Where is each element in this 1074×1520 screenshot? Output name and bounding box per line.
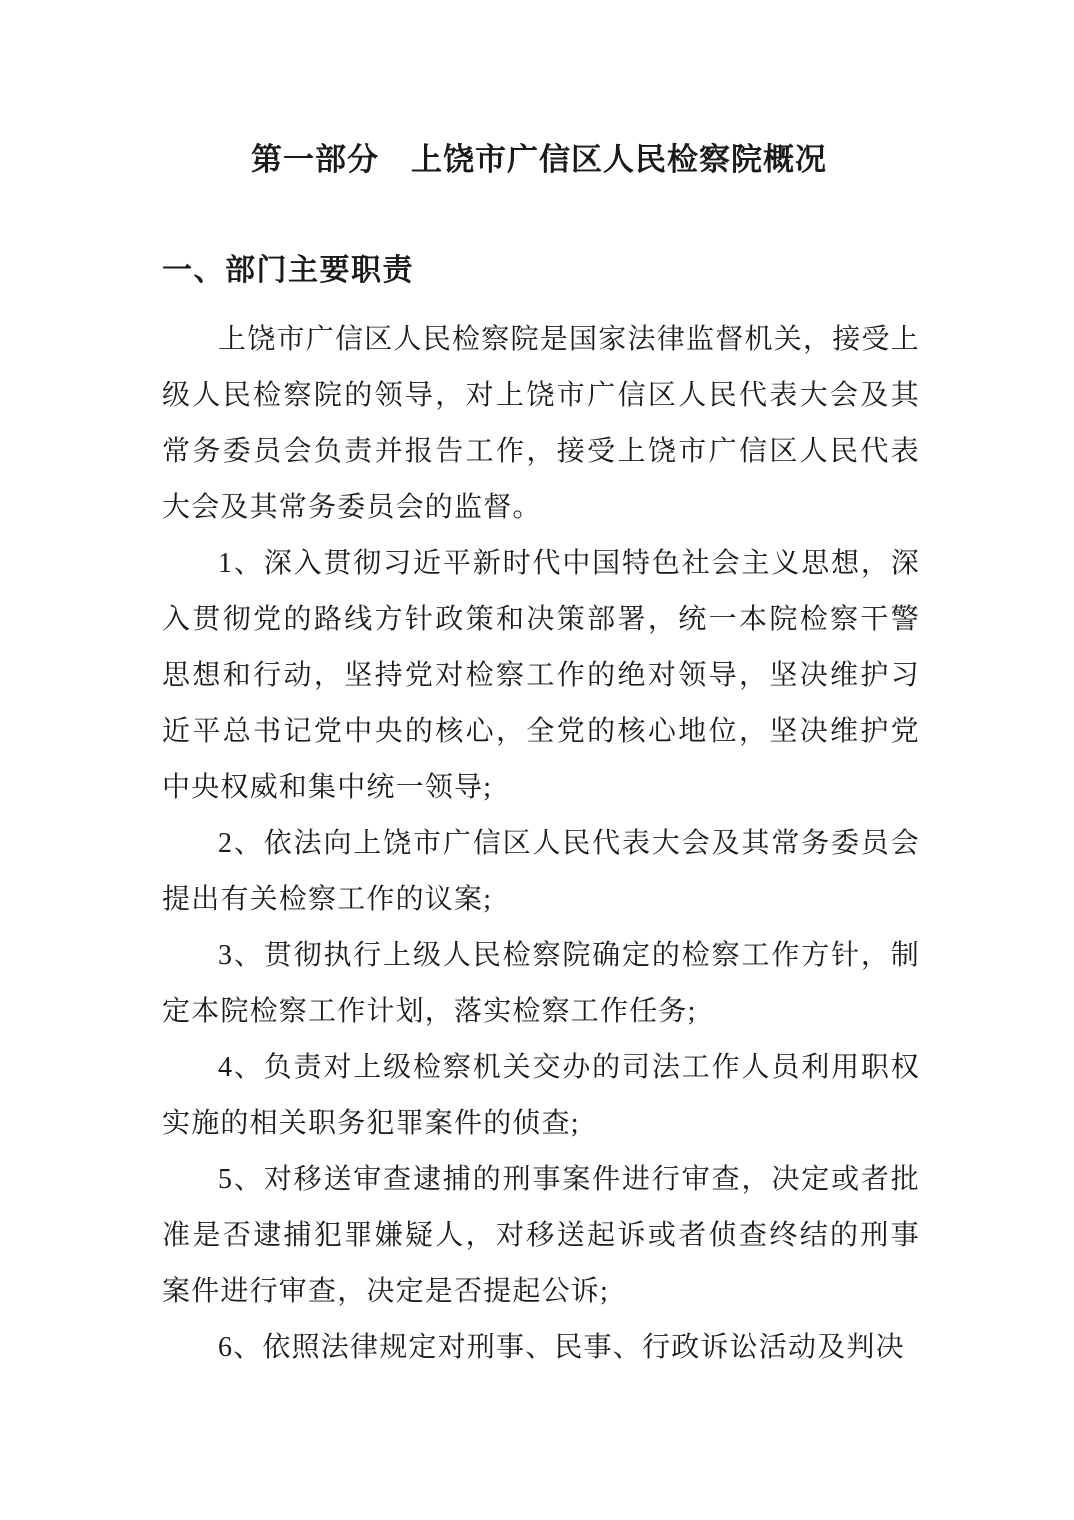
body-paragraph-item-2: 2、依法向上饶市广信区人民代表大会及其常务委员会提出有关检察工作的议案; bbox=[162, 816, 920, 928]
body-paragraph-item-6: 6、依照法律规定对刑事、民事、行政诉讼活动及判决 bbox=[162, 1320, 920, 1376]
document-body: 上饶市广信区人民检察院是国家法律监督机关，接受上级人民检察院的领导，对上饶市广信… bbox=[162, 312, 920, 1376]
body-paragraph-item-5: 5、对移送审查逮捕的刑事案件进行审查，决定或者批准是否逮捕犯罪嫌疑人，对移送起诉… bbox=[162, 1152, 920, 1320]
body-paragraph-item-1: 1、深入贯彻习近平新时代中国特色社会主义思想，深入贯彻党的路线方针政策和决策部署… bbox=[162, 536, 920, 816]
body-paragraph-item-3: 3、贯彻执行上级人民检察院确定的检察工作方针，制定本院检察工作计划，落实检察工作… bbox=[162, 928, 920, 1040]
section-heading: 一、部门主要职责 bbox=[162, 256, 920, 286]
body-paragraph-intro: 上饶市广信区人民检察院是国家法律监督机关，接受上级人民检察院的领导，对上饶市广信… bbox=[162, 312, 920, 536]
body-paragraph-item-4: 4、负责对上级检察机关交办的司法工作人员利用职权实施的相关职务犯罪案件的侦查; bbox=[162, 1040, 920, 1152]
document-title: 第一部分 上饶市广信区人民检察院概况 bbox=[158, 143, 920, 177]
document-page: 第一部分 上饶市广信区人民检察院概况 一、部门主要职责 上饶市广信区人民检察院是… bbox=[0, 0, 1074, 1520]
